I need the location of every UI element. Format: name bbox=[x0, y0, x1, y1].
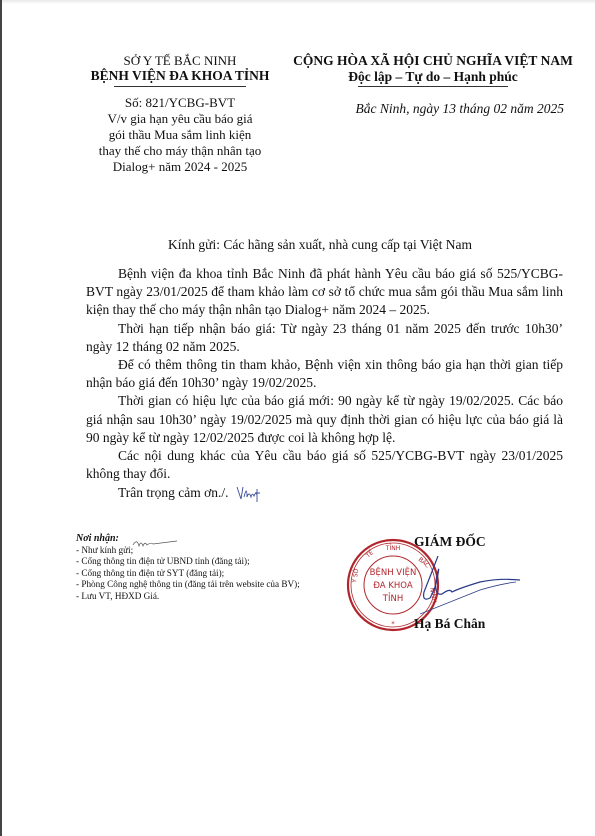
svg-text:ĐA KHOA: ĐA KHOA bbox=[373, 581, 412, 591]
body-paragraph: Bệnh viện đa khoa tỉnh Bắc Ninh đã phát … bbox=[86, 265, 563, 320]
body-paragraph: Để có thêm thông tin tham khảo, Bệnh việ… bbox=[86, 356, 563, 392]
director-signature-icon bbox=[420, 552, 530, 618]
header-underline bbox=[114, 86, 246, 87]
national-header: CỘNG HÒA XÃ HỘI CHỦ NGHĨA VIỆT NAM Độc l… bbox=[285, 53, 581, 87]
issuer-header: SỞ Y TẾ BẮC NINH BỆNH VIỆN ĐA KHOA TỈNH … bbox=[60, 53, 300, 175]
paraf-signature-icon bbox=[131, 536, 179, 550]
body-paragraph: Thời hạn tiếp nhận báo giá: Từ ngày 23 t… bbox=[86, 320, 563, 356]
greeting: Kính gửi: Các hãng sản xuất, nhà cung cấ… bbox=[60, 237, 580, 253]
closing-line: Trân trọng cảm ơn./. bbox=[86, 483, 563, 503]
body-paragraph: Thời gian có hiệu lực của báo giá mới: 9… bbox=[86, 392, 563, 447]
recipients-list: Nơi nhận: - Như kính gửi; - Cổng thông t… bbox=[76, 533, 300, 602]
subject-line: thay thế cho máy thận nhân tạo bbox=[60, 143, 300, 159]
subject-line: V/v gia hạn yêu cầu báo giá bbox=[60, 111, 300, 127]
page-top-shadow bbox=[0, 0, 595, 4]
recipient-item: - Cổng thông tin điện tử SYT (đăng tải); bbox=[76, 568, 300, 580]
document-number: Số: 821/YCBG-BVT bbox=[60, 95, 300, 111]
recipient-item: - Cổng thông tin điện tử UBND tỉnh (đăng… bbox=[76, 556, 300, 568]
closing-text: Trân trọng cảm ơn./. bbox=[86, 484, 229, 502]
motto: Độc lập – Tự do – Hạnh phúc bbox=[285, 69, 581, 85]
body-paragraph: Các nội dung khác của Yêu cầu báo giá số… bbox=[86, 447, 563, 483]
svg-text:TỈNH: TỈNH bbox=[385, 544, 400, 552]
subject-line: gói thầu Mua sắm linh kiện bbox=[60, 127, 300, 143]
subject-line: Dialog+ năm 2024 - 2025 bbox=[60, 159, 300, 175]
svg-text:BỆNH VIỆN: BỆNH VIỆN bbox=[370, 566, 417, 578]
motto-underline bbox=[358, 86, 508, 87]
authority-name: SỞ Y TẾ BẮC NINH bbox=[60, 53, 300, 68]
letter-body: Bệnh viện đa khoa tỉnh Bắc Ninh đã phát … bbox=[86, 265, 563, 503]
nation-title: CỘNG HÒA XÃ HỘI CHỦ NGHĨA VIỆT NAM bbox=[285, 53, 581, 69]
svg-text:*: * bbox=[391, 620, 395, 628]
recipient-item: - Như kính gửi; bbox=[76, 545, 300, 557]
initials-signature-icon bbox=[235, 483, 261, 503]
place-date: Bắc Ninh, ngày 13 tháng 02 năm 2025 bbox=[300, 101, 564, 117]
recipient-item: - Lưu VT, HĐXD Giá. bbox=[76, 591, 300, 603]
organization-name: BỆNH VIỆN ĐA KHOA TỈNH bbox=[60, 68, 300, 84]
svg-text:TỈNH: TỈNH bbox=[382, 592, 403, 604]
signer-name: Hạ Bá Chân bbox=[414, 616, 485, 632]
recipient-item: - Phòng Công nghệ thông tin (đăng tải tr… bbox=[76, 579, 300, 591]
viewer-left-border bbox=[0, 0, 2, 836]
recipients-title: Nơi nhận: bbox=[76, 533, 300, 545]
